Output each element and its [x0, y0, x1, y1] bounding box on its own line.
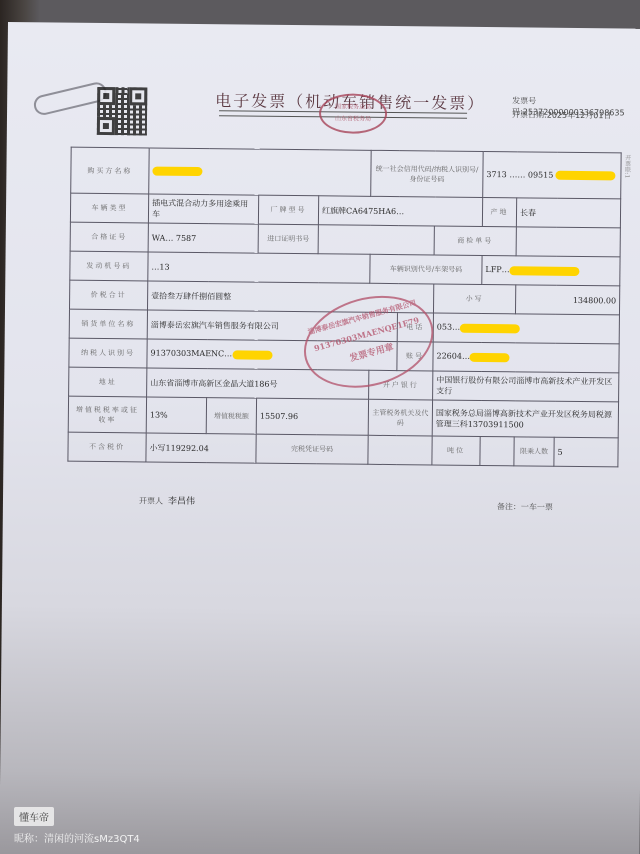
credit-code-label: 统一社会信用代码/纳税人识别号/身份证号码 [371, 150, 483, 197]
remark: 备注：一车一票 [497, 501, 553, 513]
engine-no-label: 发动机号码 [70, 251, 148, 281]
origin-label: 产地 [482, 197, 516, 226]
issue-date: 开票日期:2025年12月01日 [512, 109, 612, 121]
import-cert [318, 225, 434, 255]
phone: 053… [433, 313, 619, 344]
vat-rate-label: 增值税税率或征收率 [68, 396, 146, 433]
engine-no: …13 [148, 252, 370, 283]
vat-amount: 15507.96 [256, 398, 368, 435]
vin-label: 车辆识别代号/车架号码 [370, 254, 482, 284]
seller-name-label: 销货单位名称 [69, 309, 147, 339]
vat-rate: 13% [146, 397, 206, 434]
vehicle-type: 插电式混合动力多用途乘用车 [148, 194, 258, 224]
redaction [232, 350, 272, 359]
address-label: 地址 [69, 367, 147, 397]
bank: 中国银行股份有限公司淄博市高新技术产业开发区支行 [433, 371, 619, 402]
import-cert-label: 进口证明书号 [258, 224, 318, 254]
total-small: 134800.00 [515, 285, 619, 315]
brand-model-label: 厂牌型号 [258, 195, 318, 225]
redaction [152, 167, 202, 177]
capacity-label: 限乘人数 [514, 437, 554, 466]
redaction [470, 353, 510, 362]
price-ex-tax: 小写119292.04 [146, 433, 256, 463]
price-ex-tax-label: 不含税价 [68, 432, 146, 462]
total-label: 价税合计 [69, 280, 147, 310]
app-logo: 懂车帝 [14, 807, 54, 826]
tax-paid-cert [368, 435, 432, 465]
total-small-label: 小写 [433, 284, 515, 314]
tax-authority: 国家税务总局淄博高新技术产业开发区税务局税源管理三科13703911500 [432, 400, 618, 438]
vehicle-type-label: 车辆类型 [70, 193, 148, 223]
issuer: 开票人 李昌伟 [139, 493, 195, 507]
cert-no: WA… 7587 [148, 223, 258, 253]
credit-code: 3713 …… 09515 [483, 151, 621, 198]
tonnage-label: 吨位 [432, 436, 480, 466]
watermark: 懂车帝 昵称：清闲的河流sMz3QT4 [14, 806, 140, 845]
vat-amount-label: 增值税税额 [206, 398, 256, 435]
watermark-nickname: 昵称：清闲的河流sMz3QT4 [14, 830, 140, 845]
cert-no-label: 合格证号 [70, 222, 148, 252]
buyer-name-label: 购买方名称 [71, 147, 149, 194]
side-note: 开票联:1 [622, 154, 631, 178]
redaction [510, 266, 580, 276]
redaction [460, 324, 520, 334]
qr-code-icon [97, 87, 147, 136]
tax-authority-label: 主管税务机关及代码 [368, 399, 432, 436]
brand-model: 红旗牌CA6475HA6… [318, 196, 482, 227]
tax-paid-cert-label: 完税凭证号码 [256, 434, 368, 464]
tax-bureau-seal: 国家税务总局 山东省税务局 [319, 93, 387, 134]
origin: 长春 [516, 198, 620, 228]
invoice-paper: 电子发票（机动车销售统一发票） 国家税务总局 山东省税务局 发票号码:25372… [0, 22, 640, 854]
tonnage [480, 436, 514, 465]
inspection-no [516, 227, 620, 257]
buyer-name [149, 148, 371, 196]
capacity: 5 [554, 437, 618, 467]
seller-tax-id-label: 纳税人识别号 [69, 338, 147, 368]
inspection-no-label: 商检单号 [434, 226, 516, 256]
redaction [556, 171, 616, 181]
vin: LFP… [482, 255, 620, 285]
account: 22604… [433, 342, 619, 373]
